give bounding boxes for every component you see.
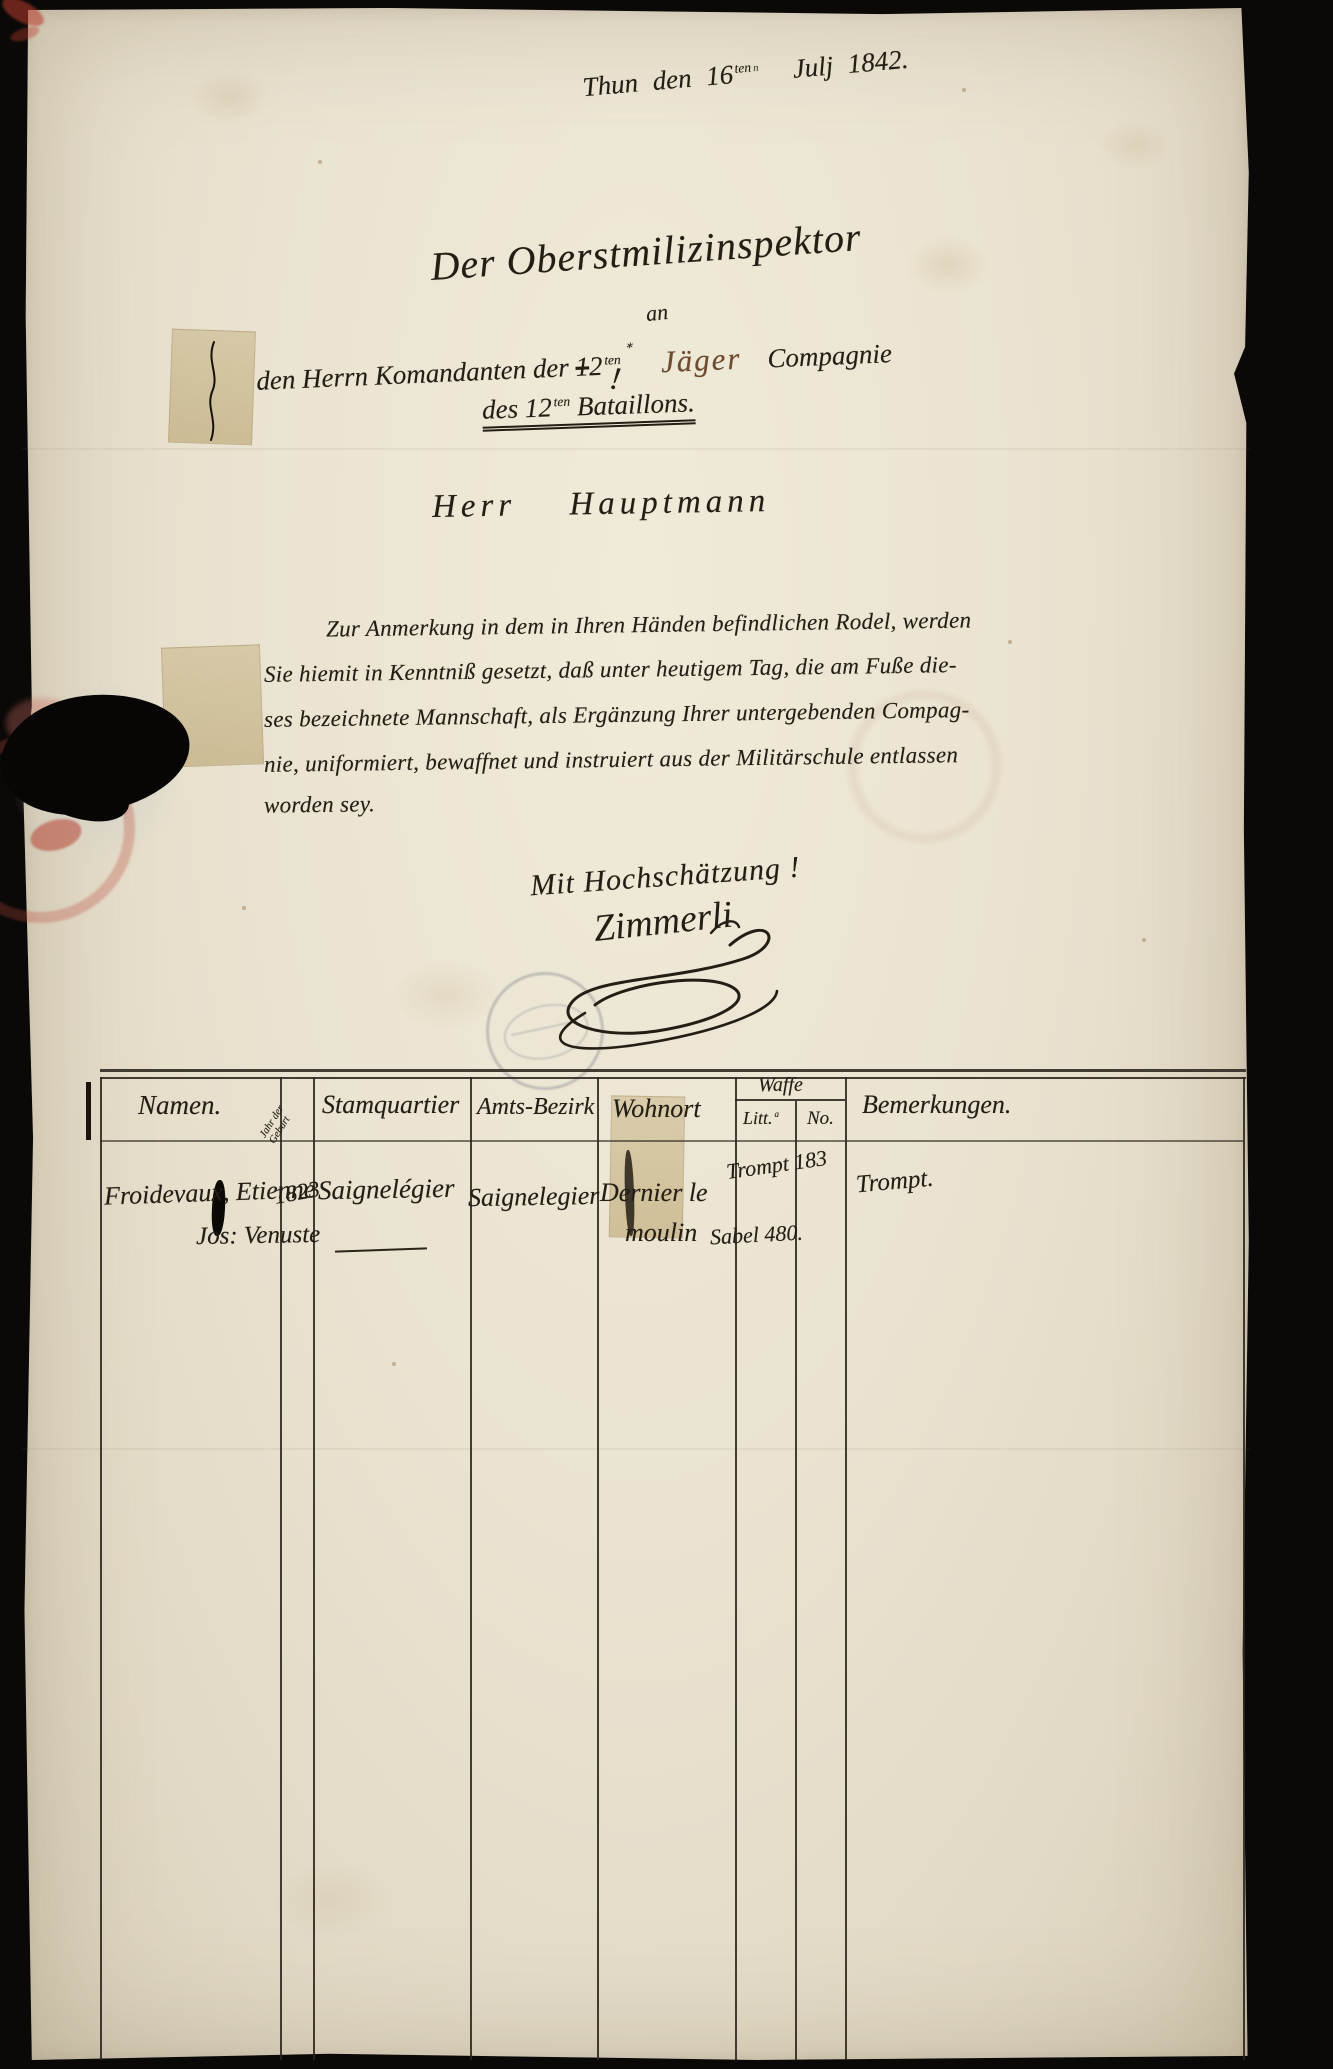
col-header-stamquartier: Stamquartier [322, 1090, 459, 1120]
col-header-bemerkungen: Bemerkungen. [862, 1090, 1011, 1120]
struck-digit: 1 [575, 351, 590, 382]
dateline-mark: n [753, 62, 759, 74]
ink-speck [1008, 640, 1012, 644]
signature-flourish: Zimmerli [525, 893, 815, 1063]
column-line [1243, 1077, 1245, 2060]
row-amtsbezirk: Saignelegier [468, 1181, 600, 1213]
column-line [597, 1077, 599, 2060]
waffe-sub-rule [735, 1099, 845, 1101]
dateline-ordinal: ten [734, 60, 752, 76]
signature-name: Zimmerli [592, 894, 735, 950]
battalion-line: des 12ten Bataillons. [482, 387, 696, 431]
salutation: Herr Hauptmann [432, 483, 771, 526]
heading-sub-an: an [645, 299, 670, 327]
paper-stain [270, 1860, 390, 1940]
signature-underloop [560, 991, 777, 1048]
column-line [470, 1077, 472, 2060]
scanned-letter-photo: Thun den 16tennJulj 1842. Der Oberstmili… [0, 0, 1333, 2069]
col-header-amtsbezirk: Amts-Bezirk [477, 1094, 594, 1121]
col-header-litt: Litt.a [743, 1108, 779, 1129]
paper-stain [390, 960, 500, 1030]
address-line-2: des 12ten Bataillons. [482, 387, 696, 425]
body-line: worden sey. [264, 791, 375, 819]
ink-speck [1142, 938, 1146, 942]
tape-patch [161, 644, 264, 767]
ink-speck [962, 88, 966, 92]
unit-type: Compagnie [767, 338, 893, 373]
row-waffe-line2: Sabel 480. [709, 1220, 803, 1251]
col-header-no: No. [807, 1108, 834, 1130]
row-wohnort-line1: Dernier le [600, 1178, 708, 1208]
paper-stain [190, 70, 270, 125]
col-header-waffe: Waffe [758, 1074, 803, 1097]
flourish-mark: ⁎ [626, 336, 633, 352]
ink-speck [318, 160, 322, 164]
row-stamquartier: Saignelégier [318, 1173, 455, 1206]
table-top-rule-2 [100, 1077, 1246, 1079]
ink-speck [392, 1362, 396, 1366]
ink-speck [242, 906, 246, 910]
fold-crease [22, 448, 1250, 450]
column-line [100, 1077, 102, 2060]
paper-stain [1100, 120, 1170, 170]
company-number: 2 [588, 351, 603, 382]
row-name-line2: Jos: Venuste [196, 1221, 321, 1251]
fold-crease [22, 1448, 1250, 1450]
col-header-namen: Namen. [138, 1090, 221, 1121]
unit-name: Jäger [660, 341, 742, 379]
col-header-wohnort: Wohnort [612, 1094, 701, 1124]
paper-stain [905, 235, 990, 295]
column-line [845, 1077, 847, 2060]
table-top-rule [100, 1069, 1246, 1072]
pen-squiggle [202, 340, 228, 444]
stray-border-mark [86, 1082, 91, 1140]
row-wohnort-line2: moulin [625, 1218, 697, 1248]
